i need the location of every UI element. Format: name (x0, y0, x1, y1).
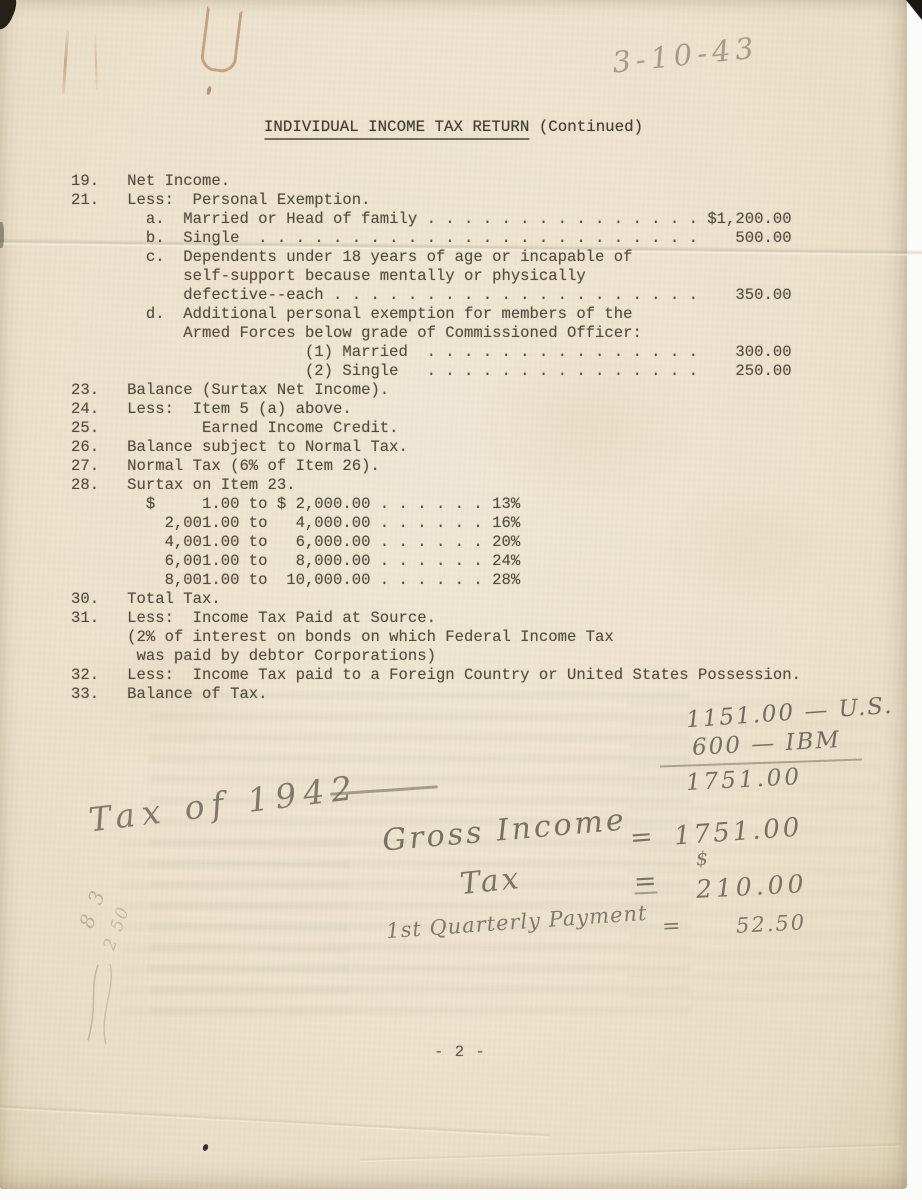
typed-line: 6,001.00 to 8,000.00 . . . . . . 24% (71, 552, 801, 571)
typed-line: self-support because mentally or physica… (71, 267, 801, 286)
ink-speck (202, 1143, 209, 1151)
typed-line: 24. Less: Item 5 (a) above. (71, 400, 801, 419)
typed-line: 25. Earned Income Credit. (71, 419, 801, 438)
wrinkle-crease (360, 1142, 900, 1162)
page-number: - 2 - (434, 1043, 486, 1061)
typed-line: was paid by debtor Corporations) (71, 647, 801, 666)
handwritten-tax-label: Tax (458, 861, 523, 902)
handwritten-tax-value: 210.00 (695, 869, 808, 904)
handwritten-gross-income-value: 1751.00 (673, 813, 803, 852)
typed-line: 27. Normal Tax (6% of Item 26). (71, 457, 801, 476)
handwritten-equals: = (629, 821, 654, 854)
typed-line: 32. Less: Income Tax paid to a Foreign C… (71, 666, 801, 685)
typed-line: a. Married or Head of family . . . . . .… (71, 210, 801, 229)
typed-line: (2% of interest on bonds on which Federa… (71, 628, 801, 647)
typed-line: 30. Total Tax. (71, 590, 801, 609)
handwritten-quarterly-label: 1st Quarterly Payment (385, 901, 648, 943)
typed-line: 21. Less: Personal Exemption. (71, 191, 801, 210)
handwritten-ledger-ibm: 600 — IBM (691, 727, 841, 761)
page-title-main: INDIVIDUAL INCOME TAX RETURN (264, 118, 529, 140)
typed-line: $ 1.00 to $ 2,000.00 . . . . . . 13% (71, 495, 801, 514)
typed-line: 28. Surtax on Item 23. (71, 476, 801, 495)
rust-streak (62, 30, 69, 94)
typed-body: 19. Net Income. 21. Less: Personal Exemp… (71, 172, 801, 704)
typed-line: 8,001.00 to 10,000.00 . . . . . . 28% (71, 571, 801, 590)
typed-line: 26. Balance subject to Normal Tax. (71, 438, 801, 457)
margin-scribble: 8 3 (74, 885, 111, 932)
handwritten-quarterly-value: 52.50 (735, 910, 806, 938)
edge-mark (0, 222, 4, 248)
scan-corner-artifact (906, 0, 922, 20)
handwritten-equals: = (661, 914, 681, 940)
wrinkle-crease (0, 1103, 550, 1138)
typed-line: b. Single . . . . . . . . . . . . . . . … (71, 229, 801, 248)
typed-line: 33. Balance of Tax. (71, 685, 801, 704)
margin-scribble: 2 50 (100, 903, 134, 953)
handwritten-ledger-total: 1751.00 (685, 764, 802, 796)
handwritten-tax-year: Tax of 1942 (87, 768, 362, 840)
paper-sheet: 3-10-43 INDIVIDUAL INCOME TAX RETURN (Co… (0, 0, 907, 1189)
typed-line: (1) Married . . . . . . . . . . . . . . … (71, 343, 801, 362)
typed-line: d. Additional personal exemption for mem… (71, 305, 801, 324)
bleed-through-text (150, 692, 690, 1022)
margin-flourish (76, 960, 136, 1049)
typed-line: 31. Less: Income Tax Paid at Source. (71, 609, 801, 628)
typed-line: 4,001.00 to 6,000.00 . . . . . . 20% (71, 533, 801, 552)
typed-line: 2,001.00 to 4,000.00 . . . . . . 16% (71, 514, 801, 533)
rust-paperclip-stain (199, 6, 243, 74)
rust-speck (206, 86, 212, 96)
typed-line: 23. Balance (Surtax Net Income). (71, 381, 801, 400)
typed-line: c. Dependents under 18 years of age or i… (71, 248, 801, 267)
rust-streak (94, 34, 98, 90)
handwritten-date: 3-10-43 (611, 30, 761, 79)
scanned-document: 3-10-43 INDIVIDUAL INCOME TAX RETURN (Co… (0, 0, 922, 1200)
handwritten-gross-income-label: Gross Income (381, 802, 628, 858)
handwritten-dollar-sign: $ (695, 848, 709, 871)
typed-line: (2) Single . . . . . . . . . . . . . . .… (71, 362, 801, 381)
typed-line: defective--each . . . . . . . . . . . . … (71, 286, 801, 305)
handwritten-equals: = (633, 871, 657, 894)
typed-line: Armed Forces below grade of Commissioned… (71, 324, 801, 343)
bleed-through-text (120, 840, 350, 1020)
typed-line: 19. Net Income. (71, 172, 801, 191)
page-title: INDIVIDUAL INCOME TAX RETURN (Continued) (264, 118, 643, 136)
page-title-suffix: (Continued) (529, 118, 643, 136)
